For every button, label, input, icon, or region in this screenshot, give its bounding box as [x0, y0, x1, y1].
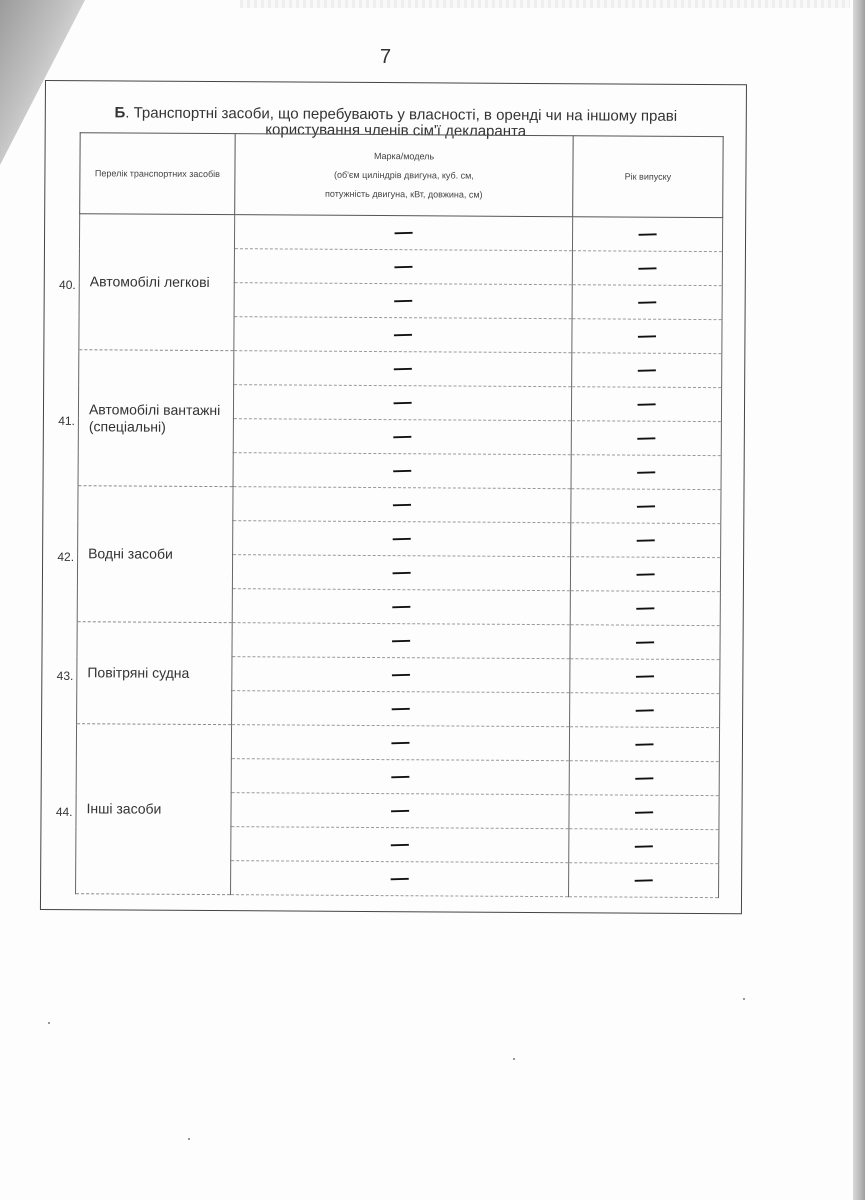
- model-cell: —: [234, 215, 572, 251]
- year-cell: —: [569, 829, 719, 864]
- model-value: —: [391, 564, 412, 579]
- model-value: —: [393, 292, 414, 307]
- vehicles-table: Перелік транспортних засобів Марка/модел…: [75, 132, 724, 898]
- year-value: —: [637, 226, 658, 241]
- category-label: Автомобілі вантажні (спеціальні): [79, 401, 233, 436]
- model-cell: —: [232, 623, 570, 659]
- header-year: Рік випуску: [573, 136, 723, 218]
- header-model-line3: потужність двигуна, кВт, довжина, см): [325, 188, 483, 199]
- year-cell: —: [572, 319, 722, 354]
- year-cell: —: [570, 591, 720, 626]
- category-number: 40.: [48, 277, 76, 291]
- model-cell: —: [231, 793, 569, 829]
- year-cell: —: [570, 625, 720, 660]
- year-value: —: [634, 736, 655, 751]
- category-number: 43.: [45, 668, 73, 682]
- model-value: —: [391, 496, 412, 511]
- table-row: 43.Повітряні судна——: [77, 622, 720, 660]
- category-cell: 44.Інші засоби: [76, 724, 232, 895]
- year-cell: —: [571, 421, 721, 456]
- table-row: 41.Автомобілі вантажні (спеціальні)——: [79, 350, 722, 388]
- year-cell: —: [570, 693, 720, 728]
- model-cell: —: [233, 521, 571, 557]
- scan-speck: [188, 1138, 190, 1140]
- year-value: —: [636, 328, 657, 343]
- year-value: —: [634, 770, 655, 785]
- model-value: —: [390, 666, 411, 681]
- section-frame: Б. Транспортні засоби, що перебувають у …: [40, 80, 747, 914]
- model-cell: —: [232, 589, 570, 625]
- model-value: —: [391, 632, 412, 647]
- model-cell: —: [231, 827, 569, 863]
- year-cell: —: [569, 761, 719, 796]
- category-label: Інші засоби: [76, 800, 230, 818]
- model-value: —: [392, 462, 413, 477]
- category-number: 42.: [46, 549, 74, 563]
- year-value: —: [635, 498, 656, 513]
- model-cell: —: [232, 555, 570, 591]
- year-cell: —: [571, 489, 721, 524]
- year-value: —: [637, 260, 658, 275]
- model-value: —: [389, 836, 410, 851]
- model-value: —: [390, 768, 411, 783]
- table-row: 44.Інші засоби——: [76, 724, 719, 762]
- model-value: —: [392, 428, 413, 443]
- model-cell: —: [233, 453, 571, 489]
- model-cell: —: [231, 725, 569, 761]
- year-value: —: [634, 702, 655, 717]
- year-cell: —: [572, 353, 722, 388]
- year-cell: —: [572, 285, 722, 320]
- year-cell: —: [571, 455, 721, 490]
- year-value: —: [636, 362, 657, 377]
- year-cell: —: [569, 863, 719, 898]
- category-number: 41.: [47, 413, 75, 427]
- table-row: 42.Водні засоби——: [78, 486, 721, 524]
- year-cell: —: [569, 795, 719, 830]
- scan-speck: [513, 1058, 515, 1060]
- section-prefix: Б: [114, 104, 125, 121]
- model-value: —: [389, 802, 410, 817]
- category-cell: 43.Повітряні судна: [77, 622, 233, 725]
- model-value: —: [390, 734, 411, 749]
- model-value: —: [392, 394, 413, 409]
- header-vehicle-list: Перелік транспортних засобів: [80, 133, 235, 215]
- category-label: Автомобілі легкові: [80, 273, 234, 291]
- model-value: —: [391, 598, 412, 613]
- model-value: —: [390, 700, 411, 715]
- model-value: —: [393, 258, 414, 273]
- header-model-line2: (об'єм циліндрів двигуна, куб. см,: [334, 169, 474, 180]
- model-cell: —: [234, 351, 572, 387]
- model-cell: —: [232, 691, 570, 727]
- model-value: —: [393, 224, 414, 239]
- model-cell: —: [231, 861, 569, 897]
- year-cell: —: [572, 251, 722, 286]
- scan-right-edge: [853, 0, 865, 1200]
- category-label: Повітряні судна: [77, 664, 231, 682]
- year-value: —: [633, 804, 654, 819]
- year-cell: —: [569, 727, 719, 762]
- year-cell: —: [570, 659, 720, 694]
- model-cell: —: [234, 249, 572, 285]
- year-cell: —: [572, 217, 722, 252]
- category-number: 44.: [44, 804, 72, 818]
- model-value: —: [389, 870, 410, 885]
- model-cell: —: [233, 385, 571, 421]
- model-value: —: [392, 360, 413, 375]
- category-label: Водні засоби: [78, 545, 232, 563]
- year-value: —: [636, 430, 657, 445]
- year-value: —: [636, 396, 657, 411]
- year-value: —: [635, 566, 656, 581]
- year-value: —: [636, 464, 657, 479]
- model-cell: —: [234, 317, 572, 353]
- model-cell: —: [233, 487, 571, 523]
- model-value: —: [391, 530, 412, 545]
- model-cell: —: [231, 759, 569, 795]
- year-cell: —: [571, 387, 721, 422]
- year-value: —: [635, 600, 656, 615]
- year-value: —: [633, 838, 654, 853]
- header-model-line1: Марка/модель: [374, 151, 434, 161]
- year-value: —: [633, 872, 654, 887]
- year-value: —: [635, 634, 656, 649]
- table-header-row: Перелік транспортних засобів Марка/модел…: [80, 133, 723, 218]
- scan-top-edge: [240, 0, 850, 8]
- category-cell: 41.Автомобілі вантажні (спеціальні): [78, 350, 234, 487]
- model-cell: —: [234, 283, 572, 319]
- scan-speck: [48, 1022, 50, 1024]
- model-cell: —: [233, 419, 571, 455]
- model-cell: —: [232, 657, 570, 693]
- year-value: —: [637, 294, 658, 309]
- category-cell: 40.Автомобілі легкові: [79, 214, 235, 351]
- table-row: 40.Автомобілі легкові——: [79, 214, 722, 252]
- category-cell: 42.Водні засоби: [77, 486, 233, 623]
- page-number: 7: [380, 46, 391, 69]
- scan-speck: [743, 998, 745, 1000]
- model-value: —: [392, 326, 413, 341]
- year-value: —: [634, 668, 655, 683]
- year-cell: —: [570, 557, 720, 592]
- year-cell: —: [571, 523, 721, 558]
- header-model: Марка/модель (об'єм циліндрів двигуна, к…: [235, 134, 573, 217]
- year-value: —: [635, 532, 656, 547]
